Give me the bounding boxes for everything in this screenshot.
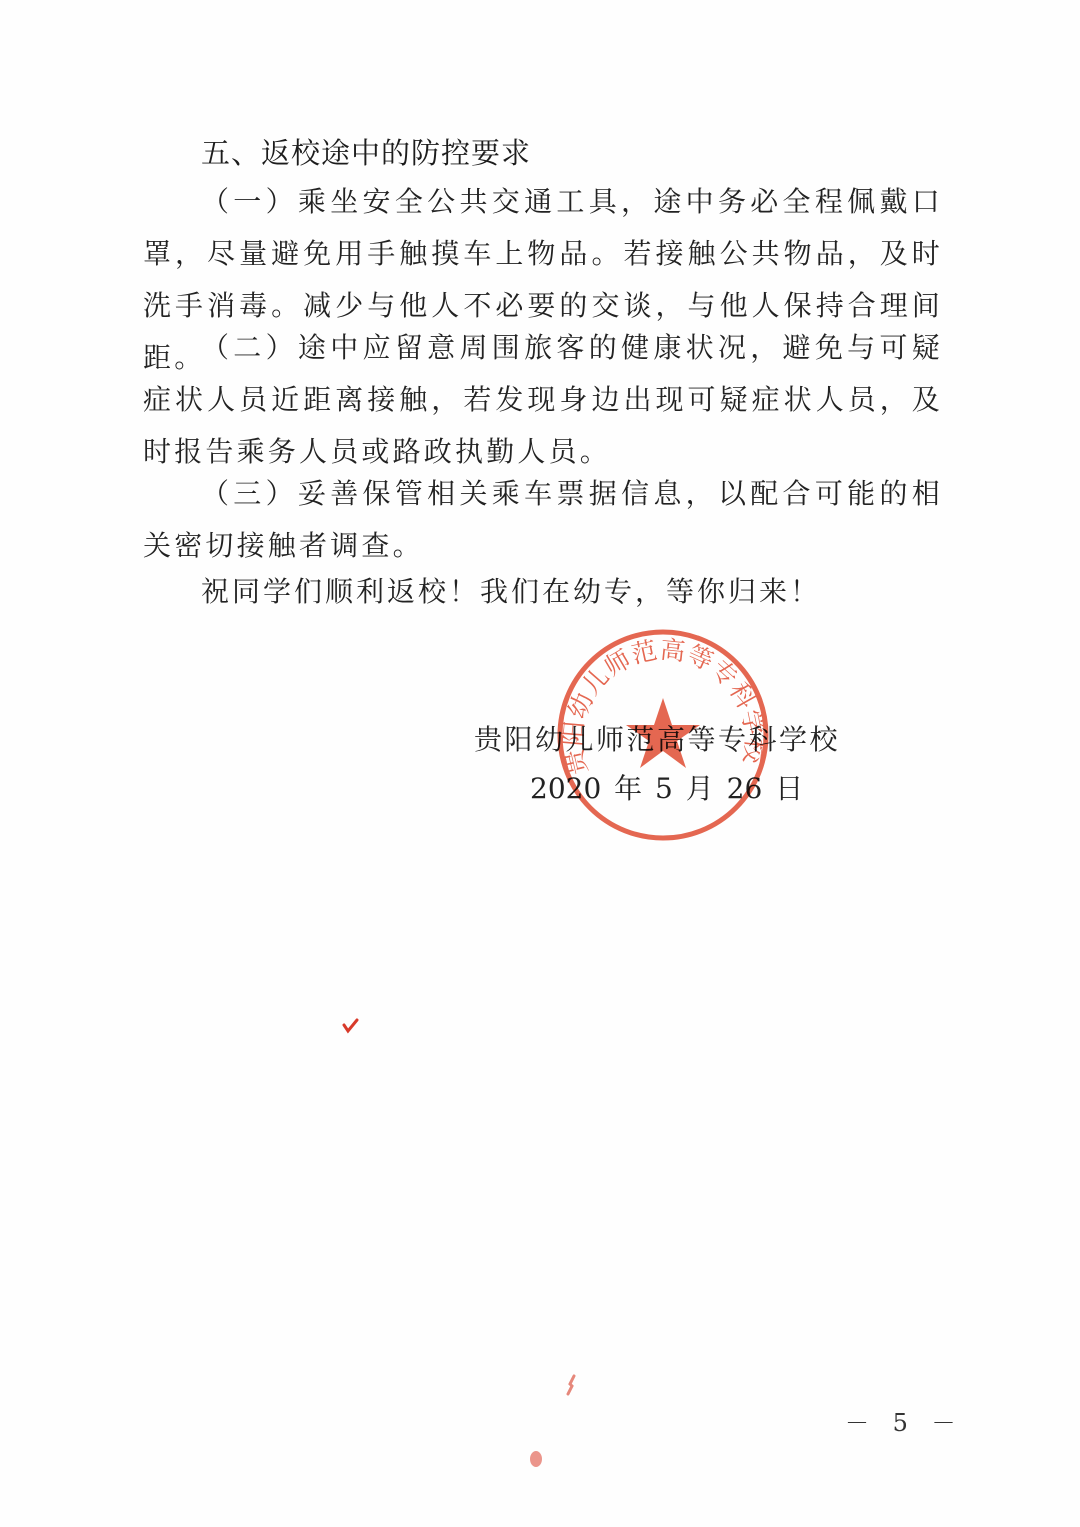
closing-line: 祝同学们顺利返校！我们在幼专，等你归来！ xyxy=(201,570,821,610)
red-ink-mark-icon xyxy=(340,1015,362,1037)
red-ink-smudge-icon xyxy=(527,1447,545,1469)
star-icon xyxy=(626,698,700,768)
page-number: － 5 － xyxy=(845,1403,964,1438)
section-heading: 五、返校途中的防控要求 xyxy=(201,131,531,172)
paragraph-2: （二）途中应留意周围旅客的健康状况，避免与可疑症状人员近距离接触，若发现身边出现… xyxy=(143,322,943,478)
document-page: 五、返校途中的防控要求 （一）乘坐安全公共交通工具，途中务必全程佩戴口罩，尽量避… xyxy=(0,0,1080,1527)
official-seal-stamp-icon: 贵阳幼儿师范高等专科学校 xyxy=(553,628,773,842)
red-ink-smudge-icon xyxy=(563,1374,579,1398)
paragraph-3: （三）妥善保管相关乘车票据信息，以配合可能的相关密切接触者调查。 xyxy=(143,468,943,572)
